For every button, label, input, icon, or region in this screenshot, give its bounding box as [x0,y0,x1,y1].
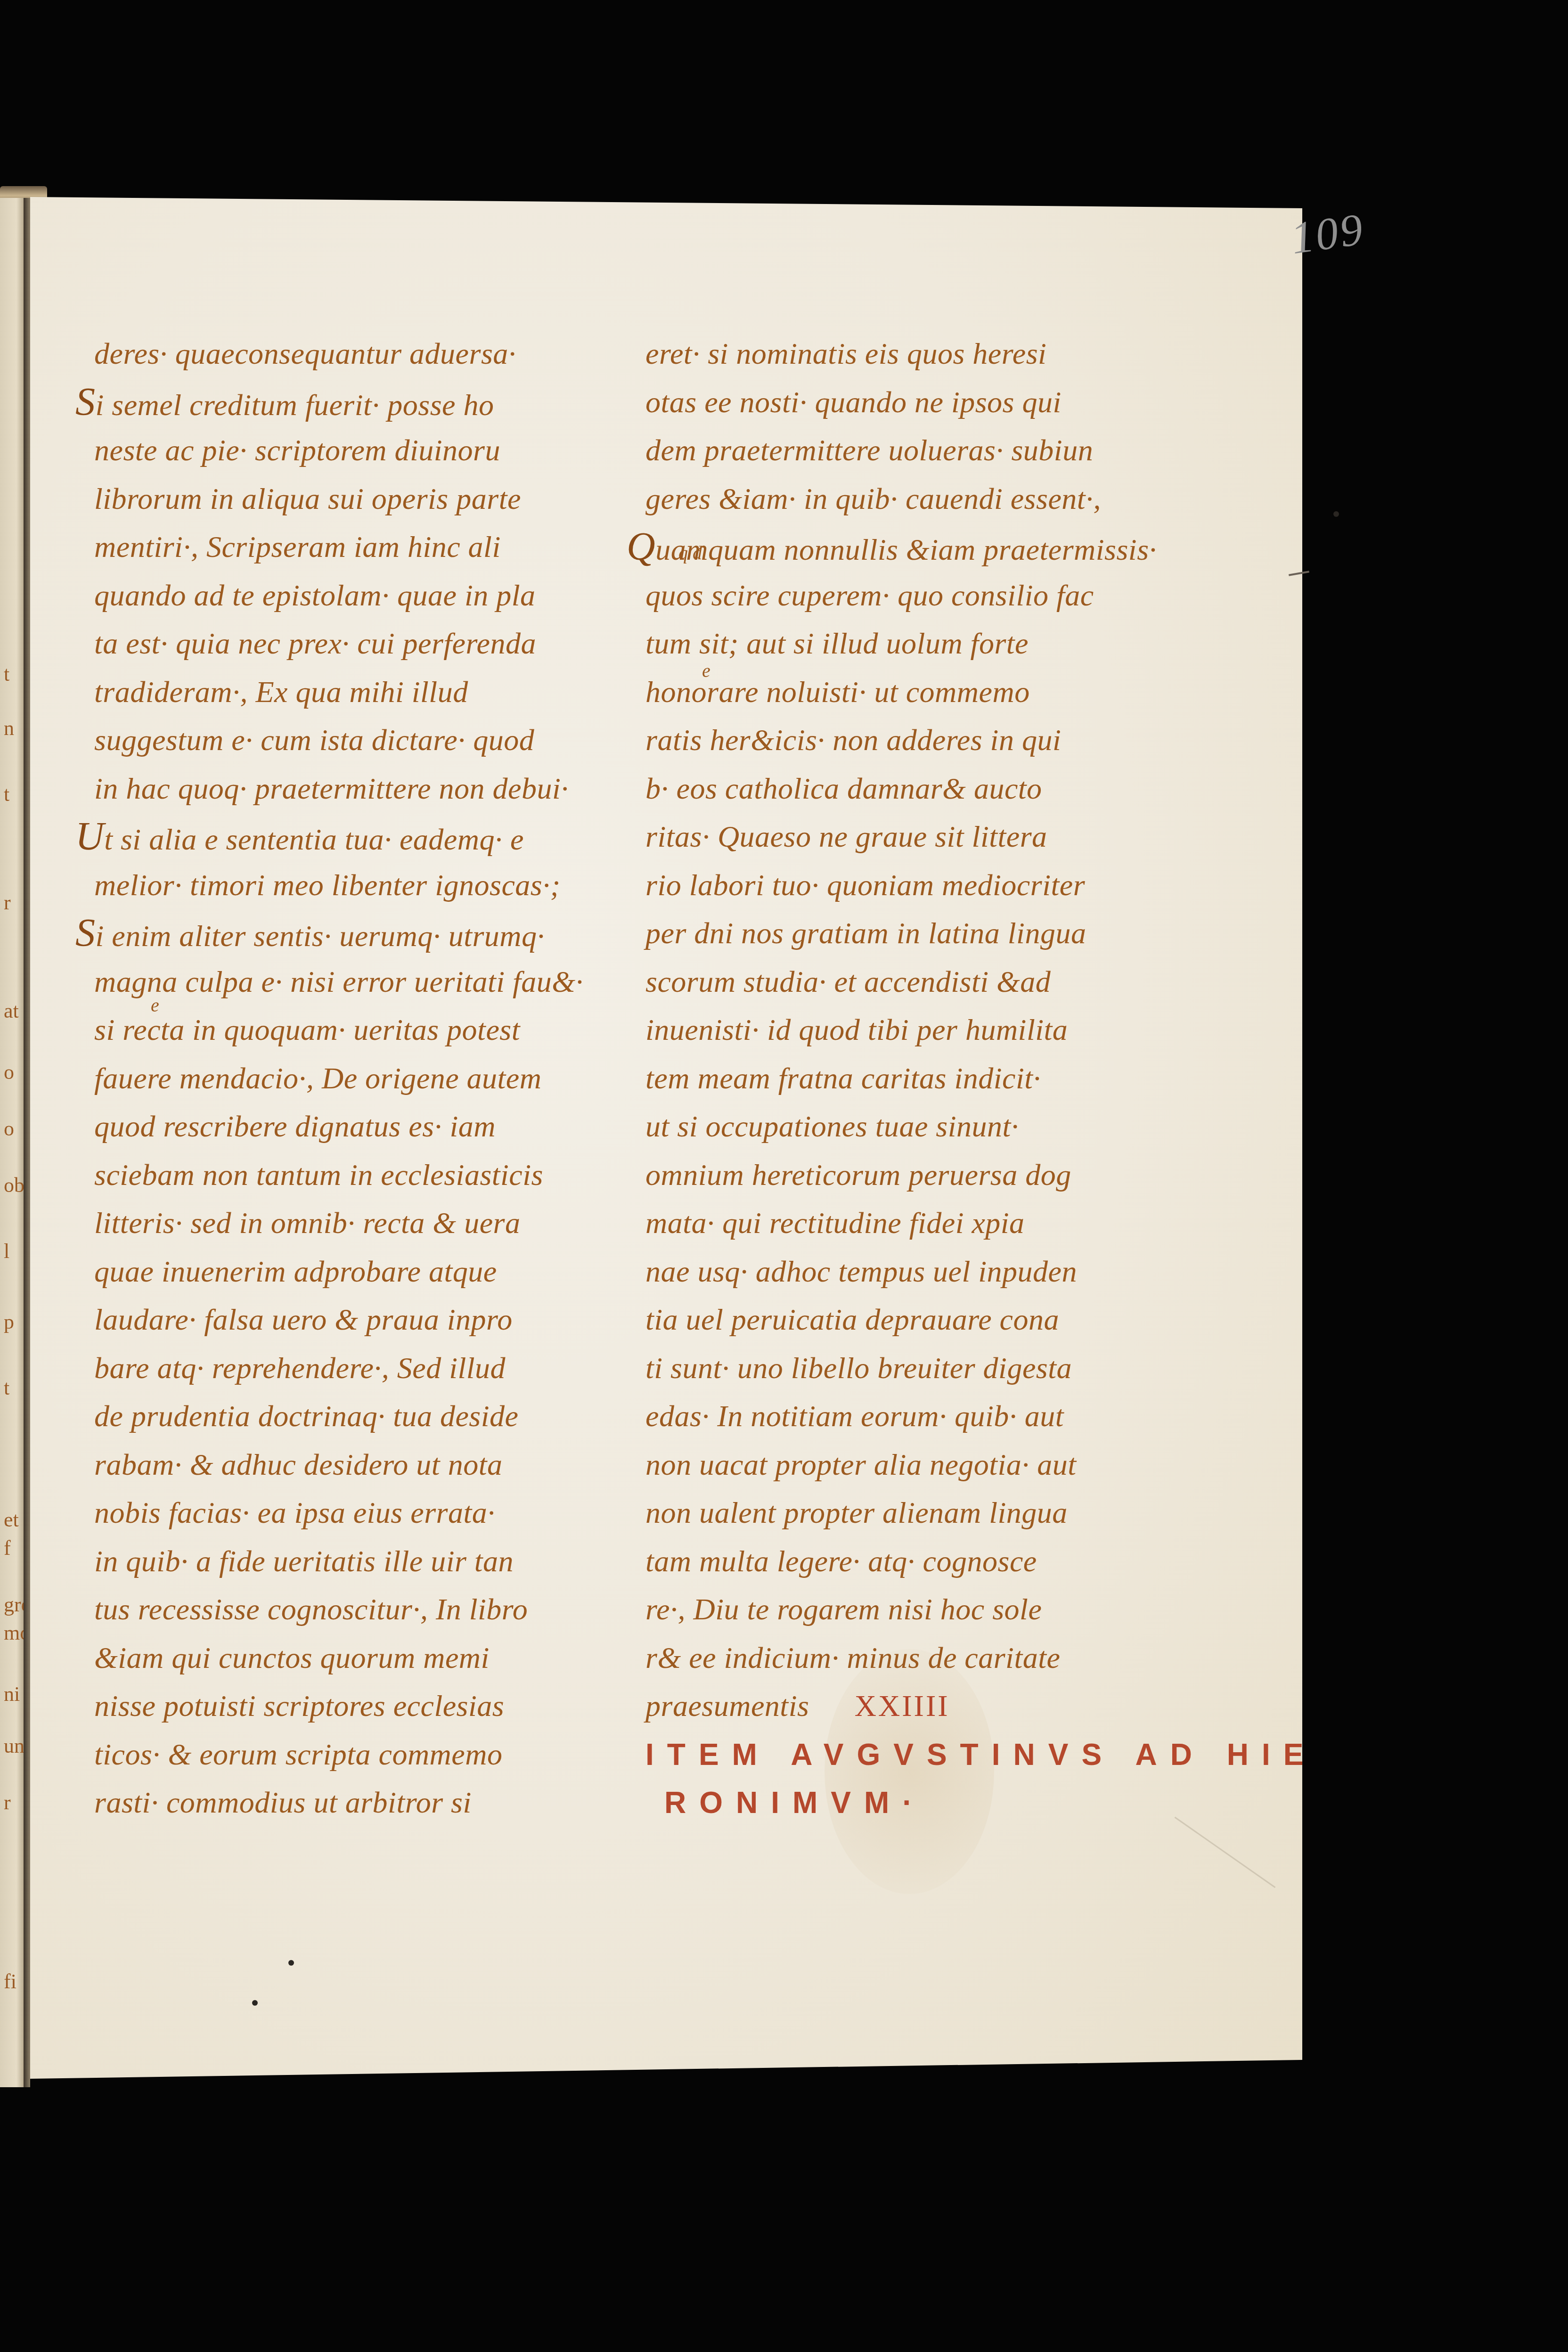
facing-mark: l [4,1239,9,1263]
text-line: rabam· & adhuc desidero ut nota [94,1441,660,1489]
prick-hole [288,1960,294,1966]
facing-mark: f [4,1536,11,1560]
text-line: tus recessisse cognoscitur·, In libro [94,1585,660,1634]
facing-mark: n [4,716,14,740]
text-line: tum sit; aut si illud uolum forte [645,620,1211,668]
folio-number: 109 [1288,203,1368,265]
text-line: quod rescribere dignatus es· iam [94,1102,660,1151]
text-line: nisse potuisti scriptores ecclesias [94,1682,660,1731]
text-line: Si semel creditum fuerit· posse ho [75,378,660,427]
right-column: eret· si nominatis eis quos heresi otas … [645,330,1211,1827]
text-line: fauere mendacio·, De origene autem [94,1054,660,1103]
text-line: ratis her&icis· non adderes in qui [645,716,1211,765]
text-line: ta est· quia nec prex· cui perferenda [94,620,660,668]
text-line: b· eos catholica damnar& aucto [645,765,1211,813]
text-line: si recta in quoquam· ueritas potest [94,1006,660,1054]
text-line: eret· si nominatis eis quos heresi [645,330,1211,378]
gutter-shadow [24,198,30,2087]
facing-mark: fi [4,1969,16,1993]
text-line: tem meam fratna caritas indicit· [645,1054,1211,1103]
text-line: magna culpa e· nisi error ueritati fau&· [94,958,660,1006]
facing-mark: o [4,1060,14,1084]
facing-page-edge: t n t r at o o ob l p t et f gre mo ni u… [0,198,24,2087]
facing-mark: t [4,662,9,686]
facing-mark: r [4,1790,11,1814]
text-line: dem praetermittere uolueras· subiun [645,426,1211,475]
text-line-with-chapter-number: praesumentis XXIIII [645,1682,1211,1731]
rubric-title-line-1: ITEM AVGVSTINVS AD HIE [645,1731,1211,1779]
text-line: rasti· commodius ut arbitror si [94,1779,660,1827]
text-line: quos scire cuperem· quo consilio fac [645,572,1211,620]
text-line: ti sunt· uno libello breuiter digesta [645,1344,1211,1393]
text-line: quae inuenerim adprobare atque [94,1248,660,1296]
text-line: per dni nos gratiam in latina lingua [645,909,1211,958]
text-line: quando ad te epistolam· quae in pla [94,572,660,620]
text-line: Ut si alia e sententia tua· eademq· e [75,813,660,861]
text-line: non ualent propter alienam lingua [645,1489,1211,1537]
facing-mark: at [4,999,19,1023]
text-line: ut si occupationes tuae sinunt· [645,1102,1211,1151]
text-line: nobis facias· ea ipsa eius errata· [94,1489,660,1537]
text-line: neste ac pie· scriptorem diuinoru [94,426,660,475]
text-line: scorum studia· et accendisti &ad [645,958,1211,1006]
text-fragment: praesumentis [645,1689,809,1723]
facing-mark: o [4,1117,14,1141]
facing-mark: t [4,1376,9,1400]
text-line: melior· timori meo libenter ignoscas·; [94,861,660,910]
text-line: otas ee nosti· quando ne ipsos qui [645,378,1211,427]
text-line: sciebam non tantum in ecclesiasticis [94,1151,660,1200]
facing-mark: p [4,1310,14,1334]
text-line: omnium hereticorum peruersa dog [645,1151,1211,1200]
text-line: non uacat propter alia negotia· aut [645,1441,1211,1489]
prick-hole [252,2000,258,2006]
text-line: Si enim aliter sentis· uerumq· utrumq· [75,909,660,958]
text-line: nae usq· adhoc tempus uel inpuden [645,1248,1211,1296]
text-line: inuenisti· id quod tibi per humilita [645,1006,1211,1054]
text-line: ritas· Quaeso ne graue sit littera [645,813,1211,861]
facing-mark: et [4,1508,19,1532]
interlinear-gloss: q d [678,542,702,564]
text-line: in quib· a fide ueritatis ille uir tan [94,1537,660,1586]
text-line: rio labori tuo· quoniam mediocriter [645,861,1211,910]
interlinear-gloss: e [151,994,159,1016]
text-line: mentiri·, Scripseram iam hinc ali [94,523,660,572]
margin-ink-dot [1333,511,1339,517]
text-line: &iam qui cunctos quorum memi [94,1634,660,1682]
text-line: ticos· & eorum scripta commemo [94,1731,660,1779]
facing-mark: ni [4,1682,20,1706]
text-line: tam multa legere· atq· cognosce [645,1537,1211,1586]
text-line: litteris· sed in omnib· recta & uera [94,1199,660,1248]
text-line: tradideram·, Ex qua mihi illud [94,668,660,717]
text-line: geres &iam· in quib· cauendi essent·, [645,475,1211,523]
text-line: edas· In notitiam eorum· quib· aut [645,1392,1211,1441]
facing-mark: t [4,782,9,806]
text-line: honorare noluisti· ut commemo [645,668,1211,717]
facing-mark: r [4,890,11,915]
text-line: Quamquam nonnullis &iam praetermissis· [627,523,1211,572]
facing-mark: ob [4,1173,24,1197]
interlinear-gloss: e [702,660,710,682]
text-line: de prudentia doctrinaq· tua deside [94,1392,660,1441]
facing-mark: un [4,1734,24,1758]
rubric-title-line-2: RONIMVM· [664,1779,1211,1827]
facing-page-margin-letters: t n t r at o o ob l p t et f gre mo ni u… [4,198,21,2087]
text-line: mata· qui rectitudine fidei xpia [645,1199,1211,1248]
text-line: bare atq· reprehendere·, Sed illud [94,1344,660,1393]
text-line: laudare· falsa uero & praua inpro [94,1296,660,1344]
chapter-number: XXIIII [855,1689,950,1723]
text-line: r& ee indicium· minus de caritate [645,1634,1211,1682]
text-line: in hac quoq· praetermittere non debui· [94,765,660,813]
left-column: deres· quaeconsequantur aduersa· Si seme… [94,330,660,1827]
text-line: deres· quaeconsequantur aduersa· [94,330,660,378]
text-line: re·, Diu te rogarem nisi hoc sole [645,1585,1211,1634]
text-line: librorum in aliqua sui operis parte [94,475,660,523]
text-line: suggestum e· cum ista dictare· quod [94,716,660,765]
text-line: tia uel peruicatia deprauare cona [645,1296,1211,1344]
